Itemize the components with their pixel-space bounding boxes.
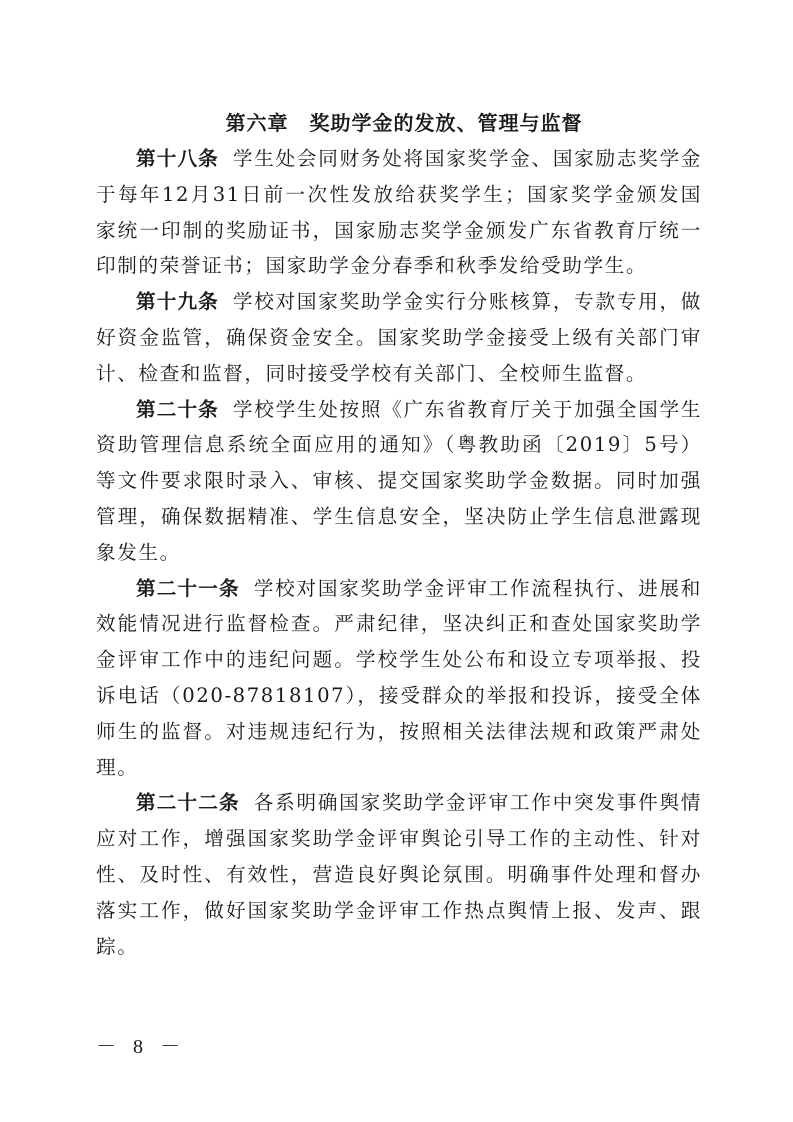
article-text: 学校对国家奖助学金评审工作流程执行、进展和效能情况进行监督检查。严肃纪律，坚决纠… bbox=[96, 577, 702, 779]
article-label: 第二十条 bbox=[136, 398, 219, 421]
document-page: 第六章 奖助学金的发放、管理与监督 第十八条学生处会同财务处将国家奖学金、国家励… bbox=[96, 105, 702, 964]
article-18: 第十八条学生处会同财务处将国家奖学金、国家励志奖学金于每年12月31日前一次性发… bbox=[96, 141, 702, 284]
article-20: 第二十条学校学生处按照《广东省教育厅关于加强全国学生资助管理信息系统全面应用的通… bbox=[96, 392, 702, 571]
article-19: 第十九条学校对国家奖助学金实行分账核算，专款专用，做好资金监管，确保资金安全。国… bbox=[96, 284, 702, 391]
article-text: 学校学生处按照《广东省教育厅关于加强全国学生资助管理信息系统全面应用的通知》（粤… bbox=[96, 398, 702, 564]
article-22: 第二十二条各系明确国家奖助学金评审工作中突发事件舆情应对工作，增强国家奖助学金评… bbox=[96, 785, 702, 964]
article-label: 第十九条 bbox=[136, 290, 219, 313]
chapter-title: 第六章 奖助学金的发放、管理与监督 bbox=[106, 105, 702, 141]
article-label: 第十八条 bbox=[136, 147, 219, 170]
page-number: － 8 － bbox=[96, 1030, 186, 1059]
article-label: 第二十一条 bbox=[136, 577, 240, 600]
article-label: 第二十二条 bbox=[136, 791, 240, 814]
article-text: 各系明确国家奖助学金评审工作中突发事件舆情应对工作，增强国家奖助学金评审舆论引导… bbox=[96, 791, 702, 957]
article-21: 第二十一条学校对国家奖助学金评审工作流程执行、进展和效能情况进行监督检查。严肃纪… bbox=[96, 571, 702, 786]
